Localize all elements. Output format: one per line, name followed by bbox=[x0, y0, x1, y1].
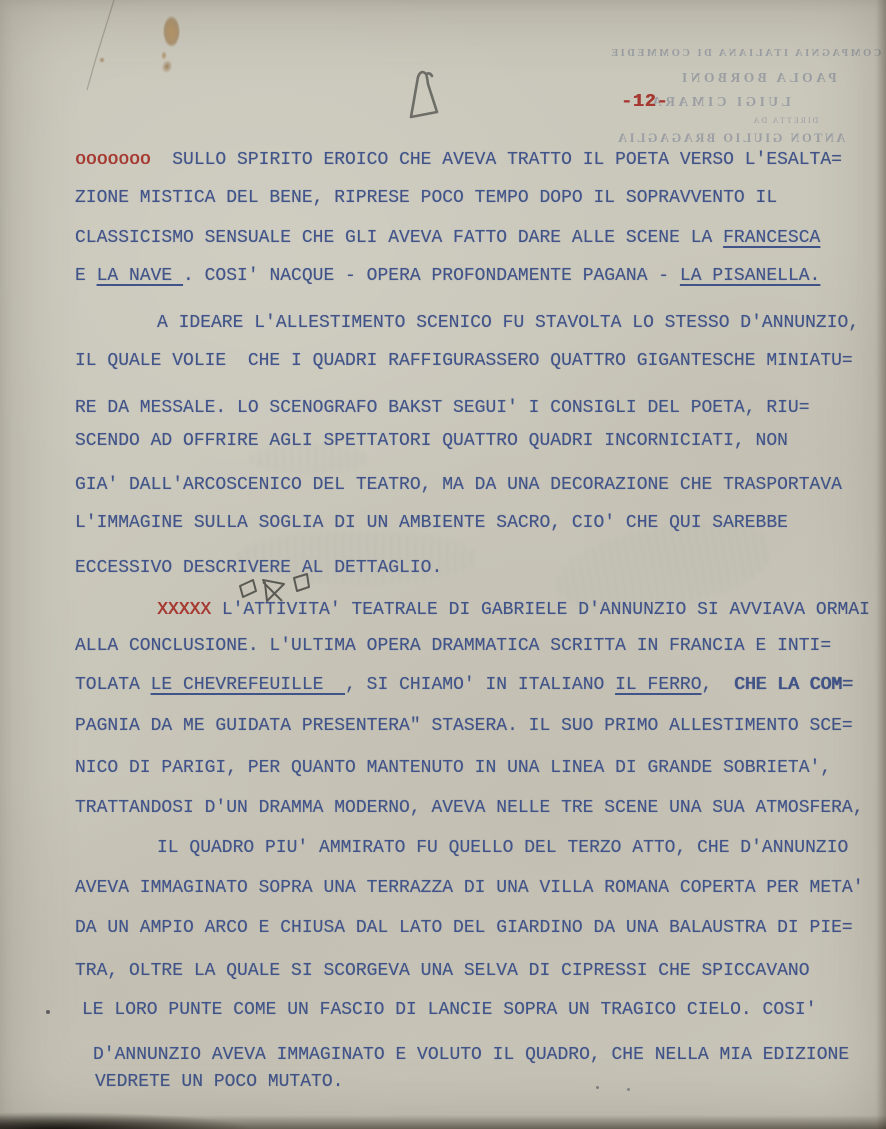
typescript-line: IL QUALE VOLIE CHE I QUADRI RAFFIGURASSE… bbox=[75, 352, 853, 370]
typescript-line: IL QUADRO PIU' AMMIRATO FU QUELLO DEL TE… bbox=[157, 839, 848, 857]
typescript-text: CLASSICISMO SENSUALE CHE GLI AVEVA FATTO… bbox=[75, 228, 723, 248]
typescript-line: AVEVA IMMAGINATO SOPRA UNA TERRAZZA DI U… bbox=[75, 879, 864, 897]
red-correction-mark: XXXXX bbox=[157, 600, 211, 620]
typescript-text: LA PISANELLA. bbox=[680, 266, 820, 286]
typescript-text: NICO DI PARIGI, PER QUANTO MANTENUTO IN … bbox=[75, 758, 831, 778]
rust-stain-mark bbox=[160, 59, 173, 74]
typescript-text: SULLO SPIRITO EROICO CHE AVEVA TRATTO IL… bbox=[151, 150, 842, 170]
typescript-text: IL QUALE VOLIE CHE I QUADRI RAFFIGURASSE… bbox=[75, 351, 853, 371]
typescript-line: E LA NAVE . COSI' NACQUE - OPERA PROFOND… bbox=[75, 267, 820, 285]
typescript-text: RE DA MESSALE. LO SCENOGRAFO BAKST SEGUI… bbox=[75, 398, 810, 418]
typescript-text: L'ATTIVITA' TEATRALE DI GABRIELE D'ANNUN… bbox=[211, 600, 870, 620]
rust-stain-mark bbox=[161, 51, 167, 60]
typescript-text: IL QUADRO PIU' AMMIRATO FU QUELLO DEL TE… bbox=[157, 838, 848, 858]
typescript-text: D'ANNUNZIO AVEVA IMMAGINATO E VOLUTO IL … bbox=[93, 1045, 849, 1065]
typescript-text: E bbox=[75, 266, 97, 286]
typescript-text: VEDRETE UN POCO MUTATO. bbox=[95, 1072, 343, 1092]
typescript-line: NICO DI PARIGI, PER QUANTO MANTENUTO IN … bbox=[75, 759, 831, 777]
typescript-text: , bbox=[702, 675, 734, 695]
typescript-text: LE CHEVREFEUILLE bbox=[151, 675, 345, 695]
typescript-text: TOLATA bbox=[75, 675, 151, 695]
red-correction-mark: ooooooo bbox=[75, 150, 151, 170]
stray-ink-dot bbox=[627, 1088, 630, 1091]
rust-stain-mark bbox=[99, 57, 105, 63]
typescript-line: TRATTANDOSI D'UN DRAMMA MODERNO, AVEVA N… bbox=[75, 799, 864, 817]
typescript-line: DA UN AMPIO ARCO E CHIUSA DAL LATO DEL G… bbox=[75, 919, 853, 937]
page-edge-shadow bbox=[876, 0, 886, 1129]
typescript-text: AVEVA IMMAGINATO SOPRA UNA TERRAZZA DI U… bbox=[75, 878, 864, 898]
typescript-text: ZIONE MISTICA DEL BENE, RIPRESE POCO TEM… bbox=[75, 188, 777, 208]
typescript-text: LA NAVE bbox=[97, 266, 183, 286]
typescript-line: SCENDO AD OFFRIRE AGLI SPETTATORI QUATTR… bbox=[75, 432, 788, 450]
typescript-text: FRANCESCA bbox=[723, 228, 820, 248]
typescript-text: DA UN AMPIO ARCO E CHIUSA DAL LATO DEL G… bbox=[75, 918, 853, 938]
typescript-text: , SI CHIAMO' IN ITALIANO bbox=[345, 675, 615, 695]
typescript-line: GIA' DALL'ARCOSCENICO DEL TEATRO, MA DA … bbox=[75, 476, 842, 494]
typescript-text: A IDEARE L'ALLESTIMENTO SCENICO FU STAVO… bbox=[157, 313, 859, 333]
typescript-text: L'IMMAGINE SULLA SOGLIA DI UN AMBIENTE S… bbox=[75, 513, 788, 533]
typescript-line: ECCESSIVO DESCRIVERE AL DETTAGLIO. bbox=[75, 559, 442, 577]
typescript-line: A IDEARE L'ALLESTIMENTO SCENICO FU STAVO… bbox=[157, 314, 859, 332]
typescript-line: ooooooo SULLO SPIRITO EROICO CHE AVEVA T… bbox=[75, 151, 842, 169]
typescript-text: TRA, OLTRE LA QUALE SI SCORGEVA UNA SELV… bbox=[75, 961, 810, 981]
typescript-line: L'IMMAGINE SULLA SOGLIA DI UN AMBIENTE S… bbox=[75, 514, 788, 532]
typescript-line: D'ANNUNZIO AVEVA IMMAGINATO E VOLUTO IL … bbox=[93, 1046, 849, 1064]
typescript-line: CLASSICISMO SENSUALE CHE GLI AVEVA FATTO… bbox=[75, 229, 820, 247]
typescript-line: VEDRETE UN POCO MUTATO. bbox=[95, 1073, 343, 1091]
typescript-text: SCENDO AD OFFRIRE AGLI SPETTATORI QUATTR… bbox=[75, 431, 788, 451]
rust-stain-mark bbox=[163, 16, 180, 47]
typescript-text: LE LORO PUNTE COME UN FASCIO DI LANCIE S… bbox=[82, 1000, 817, 1020]
typescript-text: GIA' DALL'ARCOSCENICO DEL TEATRO, MA DA … bbox=[75, 475, 842, 495]
typescript-text: ECCESSIVO DESCRIVERE AL DETTAGLIO. bbox=[75, 558, 442, 578]
page-number: -12- bbox=[621, 92, 668, 112]
stray-ink-dot bbox=[596, 1086, 599, 1089]
typescript-line: TRA, OLTRE LA QUALE SI SCORGEVA UNA SELV… bbox=[75, 962, 810, 980]
stray-ink-dot bbox=[46, 1010, 50, 1014]
typescript-text: PAGNIA DA ME GUIDATA PRESENTERA" STASERA… bbox=[75, 716, 853, 736]
typescript-page: COMPAGNIA ITALIANA DI COMMEDIE PAOLA BOR… bbox=[0, 0, 886, 1129]
typescript-line: XXXXX L'ATTIVITA' TEATRALE DI GABRIELE D… bbox=[157, 601, 870, 619]
letterhead-line: PAOLA BORBONI bbox=[655, 70, 860, 86]
typescript-text: . COSI' NACQUE - OPERA PROFONDAMENTE PAG… bbox=[183, 266, 680, 286]
typescript-text: TRATTANDOSI D'UN DRAMMA MODERNO, AVEVA N… bbox=[75, 798, 864, 818]
typescript-text: IL FERRO bbox=[615, 675, 701, 695]
letterhead-line: COMPAGNIA ITALIANA DI COMMEDIE bbox=[600, 48, 886, 59]
typescript-line: ZIONE MISTICA DEL BENE, RIPRESE POCO TEM… bbox=[75, 189, 777, 207]
pencil-scratch-line bbox=[0, 0, 140, 100]
letterhead-line: ANTON GIULIO BRAGAGLIA bbox=[583, 131, 878, 146]
letterhead-line: DIRETTA DA bbox=[700, 116, 870, 125]
typescript-line: RE DA MESSALE. LO SCENOGRAFO BAKST SEGUI… bbox=[75, 399, 810, 417]
typescript-line: PAGNIA DA ME GUIDATA PRESENTERA" STASERA… bbox=[75, 717, 853, 735]
pencil-doodle-triangle bbox=[400, 62, 460, 132]
typescript-text: CHE LA COM= bbox=[734, 675, 853, 695]
typescript-text: ALLA CONCLUSIONE. L'ULTIMA OPERA DRAMMAT… bbox=[75, 636, 831, 656]
typescript-line: TOLATA LE CHEVREFEUILLE , SI CHIAMO' IN … bbox=[75, 676, 853, 694]
typescript-line: LE LORO PUNTE COME UN FASCIO DI LANCIE S… bbox=[82, 1001, 817, 1019]
typescript-line: ALLA CONCLUSIONE. L'ULTIMA OPERA DRAMMAT… bbox=[75, 637, 831, 655]
page-corner-shadow bbox=[0, 1112, 250, 1129]
